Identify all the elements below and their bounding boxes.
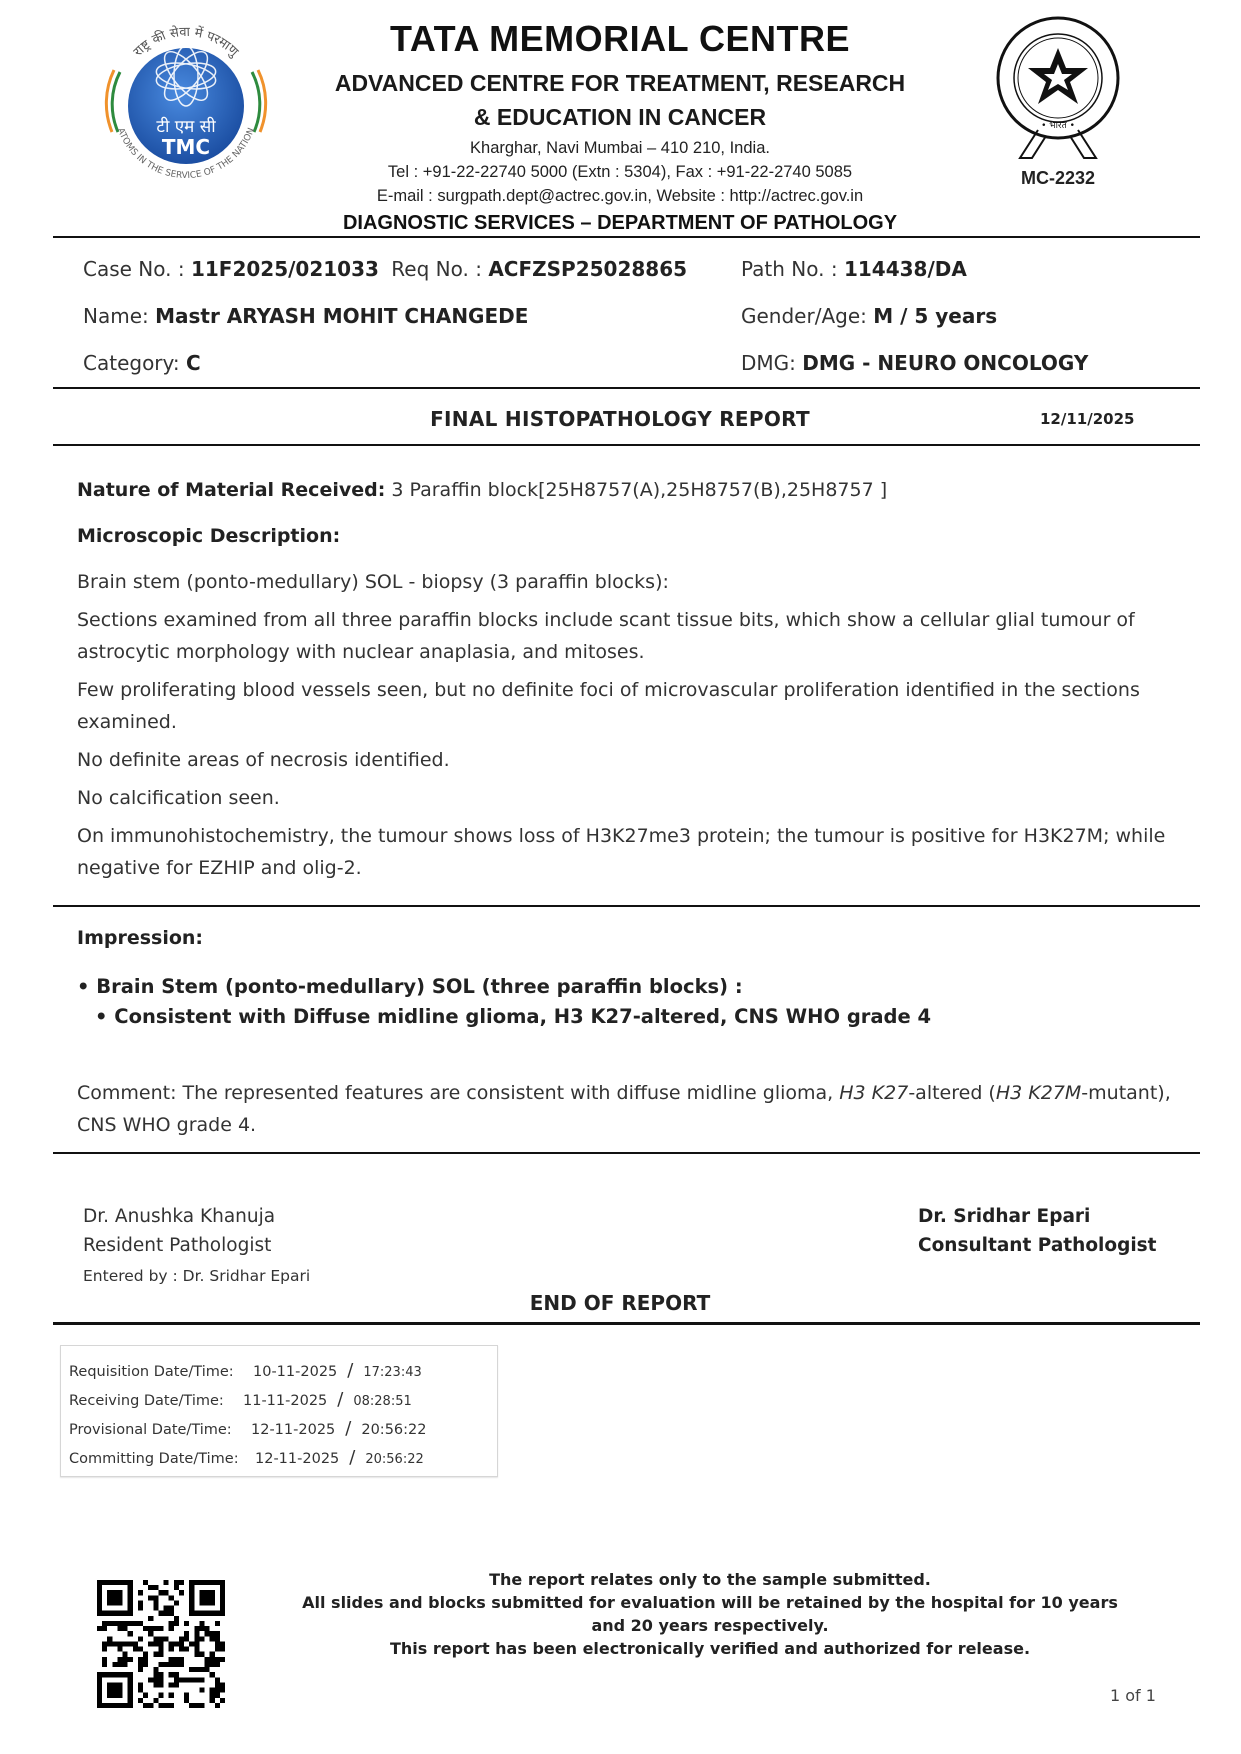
phone: Tel : +91-22-22740 5000 (Extn : 5304), F…: [300, 163, 940, 182]
comment: Comment: The represented features are co…: [77, 1077, 1177, 1141]
footer-line-3: This report has been electronically veri…: [260, 1637, 1160, 1660]
tmc-logo: टी एम सी TMC राष्ट्र की सेवा में परमाणु …: [100, 14, 272, 190]
footer-line-2: All slides and blocks submitted for eval…: [260, 1591, 1160, 1637]
impression-diagnosis: • Consistent with Diffuse midline glioma…: [95, 1005, 931, 1028]
svg-text:TMC: TMC: [162, 135, 210, 159]
page-number: 1 of 1: [1110, 1686, 1156, 1705]
footer-line-1: The report relates only to the sample su…: [260, 1568, 1160, 1591]
divider: [53, 1152, 1200, 1154]
institution-subtitle-1: ADVANCED CENTRE FOR TREATMENT, RESEARCH: [300, 70, 940, 97]
case-number: Case No. : 11F2025/021033 Req No. : ACFZ…: [83, 257, 687, 281]
committing-datetime: Committing Date/Time:12-11-2025/20:56:22: [69, 1447, 424, 1468]
path-number: Path No. : 114438/DA: [741, 257, 967, 281]
micro-paragraph: On immunohistochemistry, the tumour show…: [77, 820, 1177, 884]
divider: [53, 1322, 1200, 1325]
micro-paragraph: Few proliferating blood vessels seen, bu…: [77, 674, 1177, 738]
receiving-datetime: Receiving Date/Time:11-11-2025/08:28:51: [69, 1389, 412, 1410]
impression-site: • Brain Stem (ponto-medullary) SOL (thre…: [77, 975, 743, 998]
nabl-code: MC-2232: [990, 168, 1126, 189]
micro-paragraph: Brain stem (ponto-medullary) SOL - biops…: [77, 566, 1177, 598]
institution-subtitle-2: & EDUCATION IN CANCER: [300, 104, 940, 131]
resident-name: Dr. Anushka Khanuja: [83, 1202, 310, 1231]
report-body: Nature of Material Received: 3 Paraffin …: [77, 474, 1177, 890]
impression-heading: Impression:: [77, 922, 1177, 954]
consultant-name: Dr. Sridhar Epari: [918, 1202, 1157, 1231]
contact: E-mail : surgpath.dept@actrec.gov.in, We…: [300, 187, 940, 206]
divider: [53, 905, 1200, 907]
department-title: DIAGNOSTIC SERVICES – DEPARTMENT OF PATH…: [300, 212, 940, 235]
divider: [53, 387, 1200, 389]
footer-disclaimer: The report relates only to the sample su…: [260, 1568, 1160, 1660]
end-of-report: END OF REPORT: [400, 1291, 840, 1315]
consultant-role: Consultant Pathologist: [918, 1231, 1157, 1260]
micro-paragraph: No definite areas of necrosis identified…: [77, 744, 1177, 776]
resident-role: Resident Pathologist: [83, 1231, 310, 1260]
entered-by: Entered by : Dr. Sridhar Epari: [83, 1262, 310, 1291]
gender-age: Gender/Age: M / 5 years: [741, 304, 997, 328]
report-title: FINAL HISTOPATHOLOGY REPORT: [300, 407, 940, 431]
category: Category: C: [83, 351, 201, 375]
patient-name: Name: Mastr ARYASH MOHIT CHANGEDE: [83, 304, 528, 328]
date-time-box: Requisition Date/Time:10-11-2025/17:23:4…: [60, 1345, 498, 1477]
institution-title: TATA MEMORIAL CENTRE: [320, 18, 920, 60]
divider: [53, 236, 1200, 238]
report-date: 12/11/2025: [1040, 410, 1134, 428]
consultant-signature: Dr. Sridhar Epari Consultant Pathologist: [918, 1202, 1157, 1260]
micro-paragraph: Sections examined from all three paraffi…: [77, 604, 1177, 668]
svg-text:• भारत •: • भारत •: [1041, 121, 1075, 131]
provisional-datetime: Provisional Date/Time:12-11-2025/20:56:2…: [69, 1418, 426, 1439]
dmg: DMG: DMG - NEURO ONCOLOGY: [741, 351, 1088, 375]
microscopic-heading: Microscopic Description:: [77, 520, 1177, 552]
address: Kharghar, Navi Mumbai – 410 210, India.: [300, 139, 940, 158]
divider: [53, 444, 1200, 446]
requisition-datetime: Requisition Date/Time:10-11-2025/17:23:4…: [69, 1360, 422, 1381]
material-received: Nature of Material Received: 3 Paraffin …: [77, 474, 1177, 506]
nabl-accreditation-logo: • भारत •: [990, 12, 1126, 162]
micro-paragraph: No calcification seen.: [77, 782, 1177, 814]
resident-signature: Dr. Anushka Khanuja Resident Pathologist…: [83, 1202, 310, 1291]
svg-text:टी एम सी: टी एम सी: [156, 116, 216, 137]
qr-code[interactable]: [97, 1580, 225, 1708]
